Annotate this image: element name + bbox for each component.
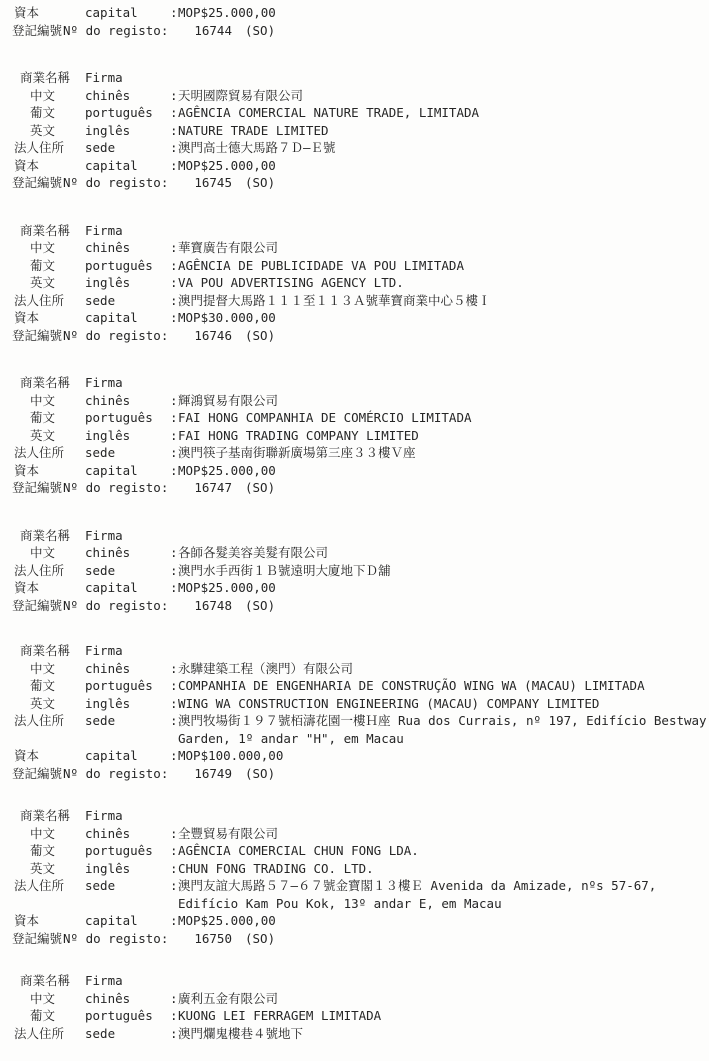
registo-suffix: (SO): [245, 597, 275, 615]
ingles-label-pt: inglês: [85, 860, 170, 878]
portuguese-name: FAI HONG COMPANHIA DE COMÉRCIO LIMITADA: [178, 409, 709, 427]
registo-label-zh: 登記編號: [0, 930, 63, 948]
chines-label-zh: 中文: [0, 87, 85, 105]
entry-16750: 商業名稱 Firma 中文 chinês : 全豐貿易有限公司 葡文 portu…: [0, 807, 709, 947]
sede-label-zh: 法人住所: [0, 444, 85, 462]
firma-label-zh: 商業名稱: [0, 374, 85, 392]
chines-label-pt: chinês: [85, 239, 170, 257]
portugues-label-pt: português: [85, 104, 170, 122]
registo-number: 16745: [194, 174, 232, 192]
capital-label-pt: capital: [85, 4, 170, 22]
ingles-label-zh: 英文: [0, 860, 85, 878]
colon: :: [170, 257, 178, 275]
sede-label-pt: sede: [85, 139, 170, 157]
firma-label-zh: 商業名稱: [0, 69, 85, 87]
capital-row: 資本 capital : MOP$30.000,00: [0, 309, 709, 327]
capital-value: MOP$30.000,00: [178, 309, 709, 327]
address-row: 法人住所 sede : 澳門爛鬼樓巷４號地下: [0, 1025, 709, 1043]
chinese-name-row: 中文 chinês : 輝鴻貿易有限公司: [0, 392, 709, 410]
sede-label-pt: sede: [85, 712, 170, 730]
colon: :: [170, 877, 178, 895]
capital-row: 資本 capital : MOP$25.000,00: [0, 157, 709, 175]
sede-label-zh: 法人住所: [0, 292, 85, 310]
capital-value: MOP$25.000,00: [178, 157, 709, 175]
entry-16747: 商業名稱 Firma 中文 chinês : 輝鴻貿易有限公司 葡文 portu…: [0, 374, 709, 497]
entry-16746: 商業名稱 Firma 中文 chinês : 華寶廣告有限公司 葡文 portu…: [0, 222, 709, 345]
chines-label-zh: 中文: [0, 392, 85, 410]
registo-number: 16749: [194, 765, 232, 783]
colon: :: [170, 825, 178, 843]
colon: :: [170, 860, 178, 878]
colon: :: [170, 122, 178, 140]
capital-label-pt: capital: [85, 462, 170, 480]
chinese-name: 各師各髮美容美髮有限公司: [178, 544, 709, 562]
capital-label-zh: 資本: [0, 309, 85, 327]
colon: :: [170, 544, 178, 562]
chinese-name: 永驊建築工程（澳門）有限公司: [178, 660, 709, 678]
portugues-label-zh: 葡文: [0, 677, 85, 695]
chines-label-pt: chinês: [85, 825, 170, 843]
address-continuation-row: Edifício Kam Pou Kok, 13º andar E, em Ma…: [0, 895, 709, 913]
entry-16748: 商業名稱 Firma 中文 chinês : 各師各髮美容美髮有限公司 法人住所…: [0, 527, 709, 615]
sede-label-zh: 法人住所: [0, 877, 85, 895]
portugues-label-zh: 葡文: [0, 104, 85, 122]
registo-label-zh: 登記編號: [0, 597, 63, 615]
address-row: 法人住所 sede : 澳門友誼大馬路５７—６７號金寶閣１３樓Ｅ Avenida…: [0, 877, 709, 895]
portuguese-name-row: 葡文 português : COMPANHIA DE ENGENHARIA D…: [0, 677, 709, 695]
address-value: 澳門水手西街１Ｂ號遠明大廈地下Ｄ舖: [178, 562, 709, 580]
colon: :: [170, 239, 178, 257]
capital-row: 資本 capital : MOP$25.000,00: [0, 4, 709, 22]
registo-label-zh: 登記編號: [0, 479, 63, 497]
capital-label-pt: capital: [85, 309, 170, 327]
address-row: 法人住所 sede : 澳門水手西街１Ｂ號遠明大廈地下Ｄ舖: [0, 562, 709, 580]
sede-label-pt: sede: [85, 1025, 170, 1043]
chines-label-pt: chinês: [85, 660, 170, 678]
english-name-row: 英文 inglês : FAI HONG TRADING COMPANY LIM…: [0, 427, 709, 445]
chinese-name: 天明國際貿易有限公司: [178, 87, 709, 105]
colon: :: [170, 409, 178, 427]
colon: :: [170, 695, 178, 713]
registo-number: 16750: [194, 930, 232, 948]
registo-row: 登記編號 Nº do registo: 16746 (SO): [0, 327, 709, 345]
address-row: 法人住所 sede : 澳門筷子基南街聯新廣場第三座３３樓Ｖ座: [0, 444, 709, 462]
chinese-name: 全豐貿易有限公司: [178, 825, 709, 843]
chinese-name: 廣利五金有限公司: [178, 990, 709, 1008]
colon: :: [170, 444, 178, 462]
address-line2: Edifício Kam Pou Kok, 13º andar E, em Ma…: [178, 895, 709, 913]
sede-label-zh: 法人住所: [0, 139, 85, 157]
firma-row: 商業名稱 Firma: [0, 807, 709, 825]
chinese-name-row: 中文 chinês : 各師各髮美容美髮有限公司: [0, 544, 709, 562]
address-value: 澳門筷子基南街聯新廣場第三座３３樓Ｖ座: [178, 444, 709, 462]
portuguese-name-row: 葡文 português : AGÊNCIA COMERCIAL NATURE …: [0, 104, 709, 122]
capital-value: MOP$25.000,00: [178, 462, 709, 480]
portuguese-name-row: 葡文 português : AGÊNCIA DE PUBLICIDADE VA…: [0, 257, 709, 275]
english-name: FAI HONG TRADING COMPANY LIMITED: [178, 427, 709, 445]
portuguese-name: COMPANHIA DE ENGENHARIA DE CONSTRUÇÃO WI…: [178, 677, 709, 695]
portuguese-name: AGÊNCIA COMERCIAL CHUN FONG LDA.: [178, 842, 709, 860]
address-value: 澳門爛鬼樓巷４號地下: [178, 1025, 709, 1043]
address-line1: 澳門牧場街１９７號栢濤花園一樓Ｈ座 Rua dos Currais, nº 19…: [178, 712, 709, 730]
portugues-label-pt: português: [85, 257, 170, 275]
colon: :: [170, 139, 178, 157]
sede-label-pt: sede: [85, 877, 170, 895]
colon: :: [170, 87, 178, 105]
portuguese-name: KUONG LEI FERRAGEM LIMITADA: [178, 1007, 709, 1025]
colon: :: [170, 677, 178, 695]
registo-label-zh: 登記編號: [0, 174, 63, 192]
registo-label-pt: Nº do registo:: [63, 174, 168, 192]
portugues-label-pt: português: [85, 1007, 170, 1025]
chines-label-zh: 中文: [0, 660, 85, 678]
registo-label-pt: Nº do registo:: [63, 765, 168, 783]
capital-row: 資本 capital : MOP$25.000,00: [0, 912, 709, 930]
ingles-label-pt: inglês: [85, 427, 170, 445]
ingles-label-pt: inglês: [85, 274, 170, 292]
chinese-name: 輝鴻貿易有限公司: [178, 392, 709, 410]
capital-label-zh: 資本: [0, 157, 85, 175]
ingles-label-pt: inglês: [85, 695, 170, 713]
portuguese-name: AGÊNCIA COMERCIAL NATURE TRADE, LIMITADA: [178, 104, 709, 122]
english-name-row: 英文 inglês : NATURE TRADE LIMITED: [0, 122, 709, 140]
registo-suffix: (SO): [245, 22, 275, 40]
entry-bottom-partial: 商業名稱 Firma 中文 chinês : 廣利五金有限公司 葡文 portu…: [0, 972, 709, 1042]
address-row: 法人住所 sede : 澳門高士德大馬路７Ｄ—Ｅ號: [0, 139, 709, 157]
chinese-name-row: 中文 chinês : 全豐貿易有限公司: [0, 825, 709, 843]
firma-label-pt: Firma: [85, 807, 170, 825]
colon: :: [170, 712, 178, 730]
colon: :: [170, 309, 178, 327]
firma-row: 商業名稱 Firma: [0, 222, 709, 240]
capital-label-pt: capital: [85, 747, 170, 765]
firma-row: 商業名稱 Firma: [0, 374, 709, 392]
colon: :: [170, 990, 178, 1008]
chinese-name-row: 中文 chinês : 廣利五金有限公司: [0, 990, 709, 1008]
ingles-label-zh: 英文: [0, 122, 85, 140]
ingles-label-zh: 英文: [0, 695, 85, 713]
chinese-name: 華寶廣告有限公司: [178, 239, 709, 257]
chines-label-pt: chinês: [85, 87, 170, 105]
chines-label-zh: 中文: [0, 544, 85, 562]
registo-row: 登記編號 Nº do registo: 16748 (SO): [0, 597, 709, 615]
capital-label-zh: 資本: [0, 912, 85, 930]
colon: :: [170, 747, 178, 765]
colon: :: [170, 4, 178, 22]
registo-row: 登記編號 Nº do registo: 16744 (SO): [0, 22, 709, 40]
english-name-row: 英文 inglês : WING WA CONSTRUCTION ENGINEE…: [0, 695, 709, 713]
portugues-label-pt: português: [85, 842, 170, 860]
registo-suffix: (SO): [245, 479, 275, 497]
registo-row: 登記編號 Nº do registo: 16745 (SO): [0, 174, 709, 192]
portugues-label-pt: português: [85, 409, 170, 427]
registo-label-zh: 登記編號: [0, 22, 63, 40]
chines-label-zh: 中文: [0, 825, 85, 843]
capital-row: 資本 capital : MOP$25.000,00: [0, 462, 709, 480]
sede-label-pt: sede: [85, 292, 170, 310]
capital-label-zh: 資本: [0, 4, 85, 22]
portuguese-name: AGÊNCIA DE PUBLICIDADE VA POU LIMITADA: [178, 257, 709, 275]
entry-16745: 商業名稱 Firma 中文 chinês : 天明國際貿易有限公司 葡文 por…: [0, 69, 709, 192]
registo-number: 16748: [194, 597, 232, 615]
capital-label-zh: 資本: [0, 747, 85, 765]
colon: :: [170, 660, 178, 678]
registo-number: 16746: [194, 327, 232, 345]
firma-label-pt: Firma: [85, 527, 170, 545]
registo-label-zh: 登記編號: [0, 327, 63, 345]
registo-number: 16747: [194, 479, 232, 497]
capital-label-pt: capital: [85, 579, 170, 597]
capital-row: 資本 capital : MOP$25.000,00: [0, 579, 709, 597]
registo-number: 16744: [194, 22, 232, 40]
chinese-name-row: 中文 chinês : 永驊建築工程（澳門）有限公司: [0, 660, 709, 678]
sede-label-zh: 法人住所: [0, 562, 85, 580]
address-line2: Garden, 1º andar "H", em Macau: [178, 730, 709, 748]
english-name: NATURE TRADE LIMITED: [178, 122, 709, 140]
chines-label-zh: 中文: [0, 239, 85, 257]
colon: :: [170, 562, 178, 580]
capital-value: MOP$25.000,00: [178, 912, 709, 930]
registo-row: 登記編號 Nº do registo: 16747 (SO): [0, 479, 709, 497]
sede-label-zh: 法人住所: [0, 1025, 85, 1043]
registo-suffix: (SO): [245, 327, 275, 345]
address-value: 澳門高士德大馬路７Ｄ—Ｅ號: [178, 139, 709, 157]
colon: :: [170, 157, 178, 175]
colon: :: [170, 462, 178, 480]
firma-label-zh: 商業名稱: [0, 972, 85, 990]
registo-suffix: (SO): [245, 174, 275, 192]
firma-row: 商業名稱 Firma: [0, 527, 709, 545]
capital-value: MOP$25.000,00: [178, 579, 709, 597]
firma-row: 商業名稱 Firma: [0, 642, 709, 660]
firma-label-pt: Firma: [85, 222, 170, 240]
colon: :: [170, 579, 178, 597]
english-name: WING WA CONSTRUCTION ENGINEERING (MACAU)…: [178, 695, 709, 713]
english-name: CHUN FONG TRADING CO. LTD.: [178, 860, 709, 878]
colon: :: [170, 274, 178, 292]
registo-row: 登記編號 Nº do registo: 16749 (SO): [0, 765, 709, 783]
firma-label-pt: Firma: [85, 374, 170, 392]
colon: :: [170, 912, 178, 930]
ingles-label-pt: inglês: [85, 122, 170, 140]
registo-suffix: (SO): [245, 930, 275, 948]
registo-label-pt: Nº do registo:: [63, 930, 168, 948]
capital-row: 資本 capital : MOP$100.000,00: [0, 747, 709, 765]
portuguese-name-row: 葡文 português : FAI HONG COMPANHIA DE COM…: [0, 409, 709, 427]
registo-label-pt: Nº do registo:: [63, 327, 168, 345]
firma-label-pt: Firma: [85, 642, 170, 660]
address-row: 法人住所 sede : 澳門提督大馬路１１１至１１３Ａ號華寶商業中心５樓Ｉ: [0, 292, 709, 310]
portugues-label-pt: português: [85, 677, 170, 695]
portuguese-name-row: 葡文 português : AGÊNCIA COMERCIAL CHUN FO…: [0, 842, 709, 860]
capital-label-zh: 資本: [0, 462, 85, 480]
ingles-label-zh: 英文: [0, 427, 85, 445]
address-line1: 澳門友誼大馬路５７—６７號金寶閣１３樓Ｅ Avenida da Amizade,…: [178, 877, 709, 895]
ingles-label-zh: 英文: [0, 274, 85, 292]
firma-label-zh: 商業名稱: [0, 222, 85, 240]
capital-value: MOP$25.000,00: [178, 4, 709, 22]
entry-16749: 商業名稱 Firma 中文 chinês : 永驊建築工程（澳門）有限公司 葡文…: [0, 642, 709, 782]
registo-row: 登記編號 Nº do registo: 16750 (SO): [0, 930, 709, 948]
colon: :: [170, 392, 178, 410]
portuguese-name-row: 葡文 português : KUONG LEI FERRAGEM LIMITA…: [0, 1007, 709, 1025]
firma-label-pt: Firma: [85, 69, 170, 87]
capital-value: MOP$100.000,00: [178, 747, 709, 765]
firma-label-zh: 商業名稱: [0, 642, 85, 660]
sede-label-zh: 法人住所: [0, 712, 85, 730]
address-continuation-row: Garden, 1º andar "H", em Macau: [0, 730, 709, 748]
address-value: 澳門提督大馬路１１１至１１３Ａ號華寶商業中心５樓Ｉ: [178, 292, 709, 310]
firma-label-zh: 商業名稱: [0, 527, 85, 545]
registo-suffix: (SO): [245, 765, 275, 783]
sede-label-pt: sede: [85, 444, 170, 462]
firma-row: 商業名稱 Firma: [0, 972, 709, 990]
entry-16744-partial: 資本 capital : MOP$25.000,00 登記編號 Nº do re…: [0, 4, 709, 39]
capital-label-pt: capital: [85, 157, 170, 175]
firma-label-pt: Firma: [85, 972, 170, 990]
firma-label-zh: 商業名稱: [0, 807, 85, 825]
colon: :: [170, 104, 178, 122]
colon: :: [170, 1007, 178, 1025]
firma-row: 商業名稱 Firma: [0, 69, 709, 87]
colon: :: [170, 427, 178, 445]
registo-label-pt: Nº do registo:: [63, 597, 168, 615]
chines-label-zh: 中文: [0, 990, 85, 1008]
english-name: VA POU ADVERTISING AGENCY LTD.: [178, 274, 709, 292]
english-name-row: 英文 inglês : CHUN FONG TRADING CO. LTD.: [0, 860, 709, 878]
capital-label-zh: 資本: [0, 579, 85, 597]
colon: :: [170, 1025, 178, 1043]
english-name-row: 英文 inglês : VA POU ADVERTISING AGENCY LT…: [0, 274, 709, 292]
chines-label-pt: chinês: [85, 392, 170, 410]
portugues-label-zh: 葡文: [0, 409, 85, 427]
colon: :: [170, 292, 178, 310]
chines-label-pt: chinês: [85, 990, 170, 1008]
sede-label-pt: sede: [85, 562, 170, 580]
chines-label-pt: chinês: [85, 544, 170, 562]
registo-label-zh: 登記編號: [0, 765, 63, 783]
chinese-name-row: 中文 chinês : 華寶廣告有限公司: [0, 239, 709, 257]
registo-label-pt: Nº do registo:: [63, 479, 168, 497]
portugues-label-zh: 葡文: [0, 842, 85, 860]
address-row: 法人住所 sede : 澳門牧場街１９７號栢濤花園一樓Ｈ座 Rua dos Cu…: [0, 712, 709, 730]
registo-label-pt: Nº do registo:: [63, 22, 168, 40]
capital-label-pt: capital: [85, 912, 170, 930]
portugues-label-zh: 葡文: [0, 257, 85, 275]
gazette-page: 資本 capital : MOP$25.000,00 登記編號 Nº do re…: [0, 0, 709, 1061]
portugues-label-zh: 葡文: [0, 1007, 85, 1025]
colon: :: [170, 842, 178, 860]
chinese-name-row: 中文 chinês : 天明國際貿易有限公司: [0, 87, 709, 105]
